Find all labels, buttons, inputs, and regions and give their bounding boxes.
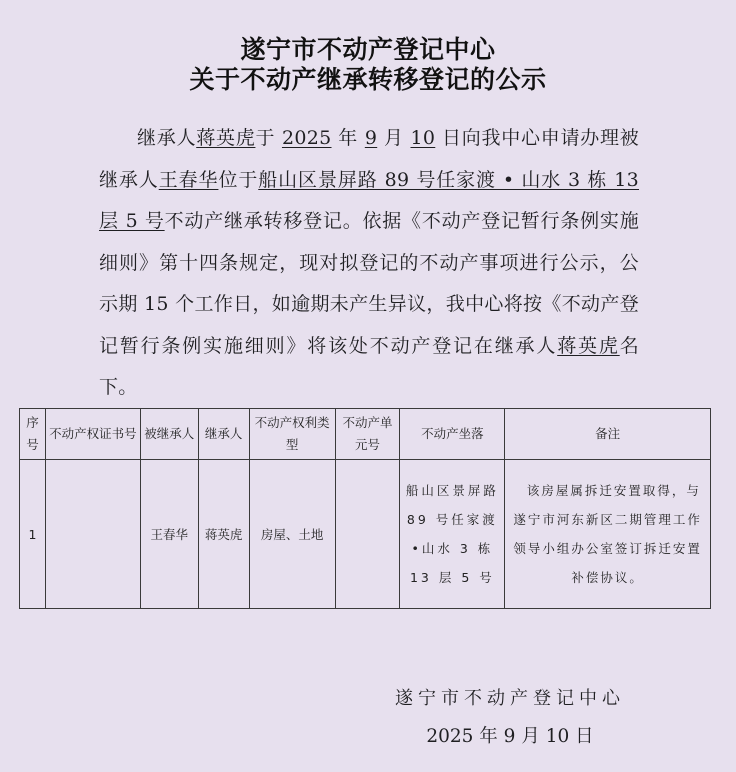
application-month: 9 xyxy=(365,127,377,149)
text: 年 xyxy=(332,127,365,149)
table-row: 1 王春华 蒋英虎 房屋、土地 船山区景屏路 89 号任家渡 •山水 3 栋 1… xyxy=(20,460,711,609)
cell-right-type: 房屋、土地 xyxy=(249,460,335,609)
heir-name: 蒋英虎 xyxy=(196,127,255,149)
cell-note: 该房屋属拆迁安置取得，与遂宁市河东新区二期管理工作领导小组办公室签订拆迁安置补偿… xyxy=(505,460,711,609)
table-header-row: 序号 不动产权证书号 被继承人 继承人 不动产权利类型 不动产单元号 不动产坐落… xyxy=(20,409,711,460)
signature-org: 遂宁市不动产登记中心 xyxy=(360,684,660,710)
registration-table: 序号 不动产权证书号 被继承人 继承人 不动产权利类型 不动产单元号 不动产坐落… xyxy=(19,408,711,609)
signature-date: 2025 年 9 月 10 日 xyxy=(360,722,660,748)
cell-unit-no xyxy=(335,460,400,609)
text: 位于 xyxy=(218,169,258,191)
decedent-name: 王春华 xyxy=(159,169,219,191)
header-cert-no: 不动产权证书号 xyxy=(45,409,140,460)
text: 于 xyxy=(255,127,282,149)
application-day: 10 xyxy=(411,127,436,149)
title-line-2: 关于不动产继承转移登记的公示 xyxy=(0,60,736,96)
cell-cert-no xyxy=(45,460,140,609)
header-right-type: 不动产权利类型 xyxy=(249,409,335,460)
header-decedent: 被继承人 xyxy=(140,409,198,460)
notice-paragraph: 继承人蒋英虎于 2025 年 9 月 10 日向我中心申请办理被继承人王春华位于… xyxy=(99,118,639,409)
text: 继承人 xyxy=(137,127,196,149)
cell-seq: 1 xyxy=(20,460,46,609)
header-seq: 序号 xyxy=(20,409,46,460)
header-note: 备注 xyxy=(505,409,711,460)
cell-heir: 蒋英虎 xyxy=(198,460,249,609)
header-unit-no: 不动产单元号 xyxy=(335,409,400,460)
cell-decedent: 王春华 xyxy=(140,460,198,609)
header-location: 不动产坐落 xyxy=(400,409,505,460)
heir-name-2: 蒋英虎 xyxy=(557,335,619,357)
application-year: 2025 xyxy=(282,127,332,149)
cell-location: 船山区景屏路 89 号任家渡 •山水 3 栋 13 层 5 号 xyxy=(400,460,505,609)
text: 月 xyxy=(377,127,410,149)
header-heir: 继承人 xyxy=(198,409,249,460)
